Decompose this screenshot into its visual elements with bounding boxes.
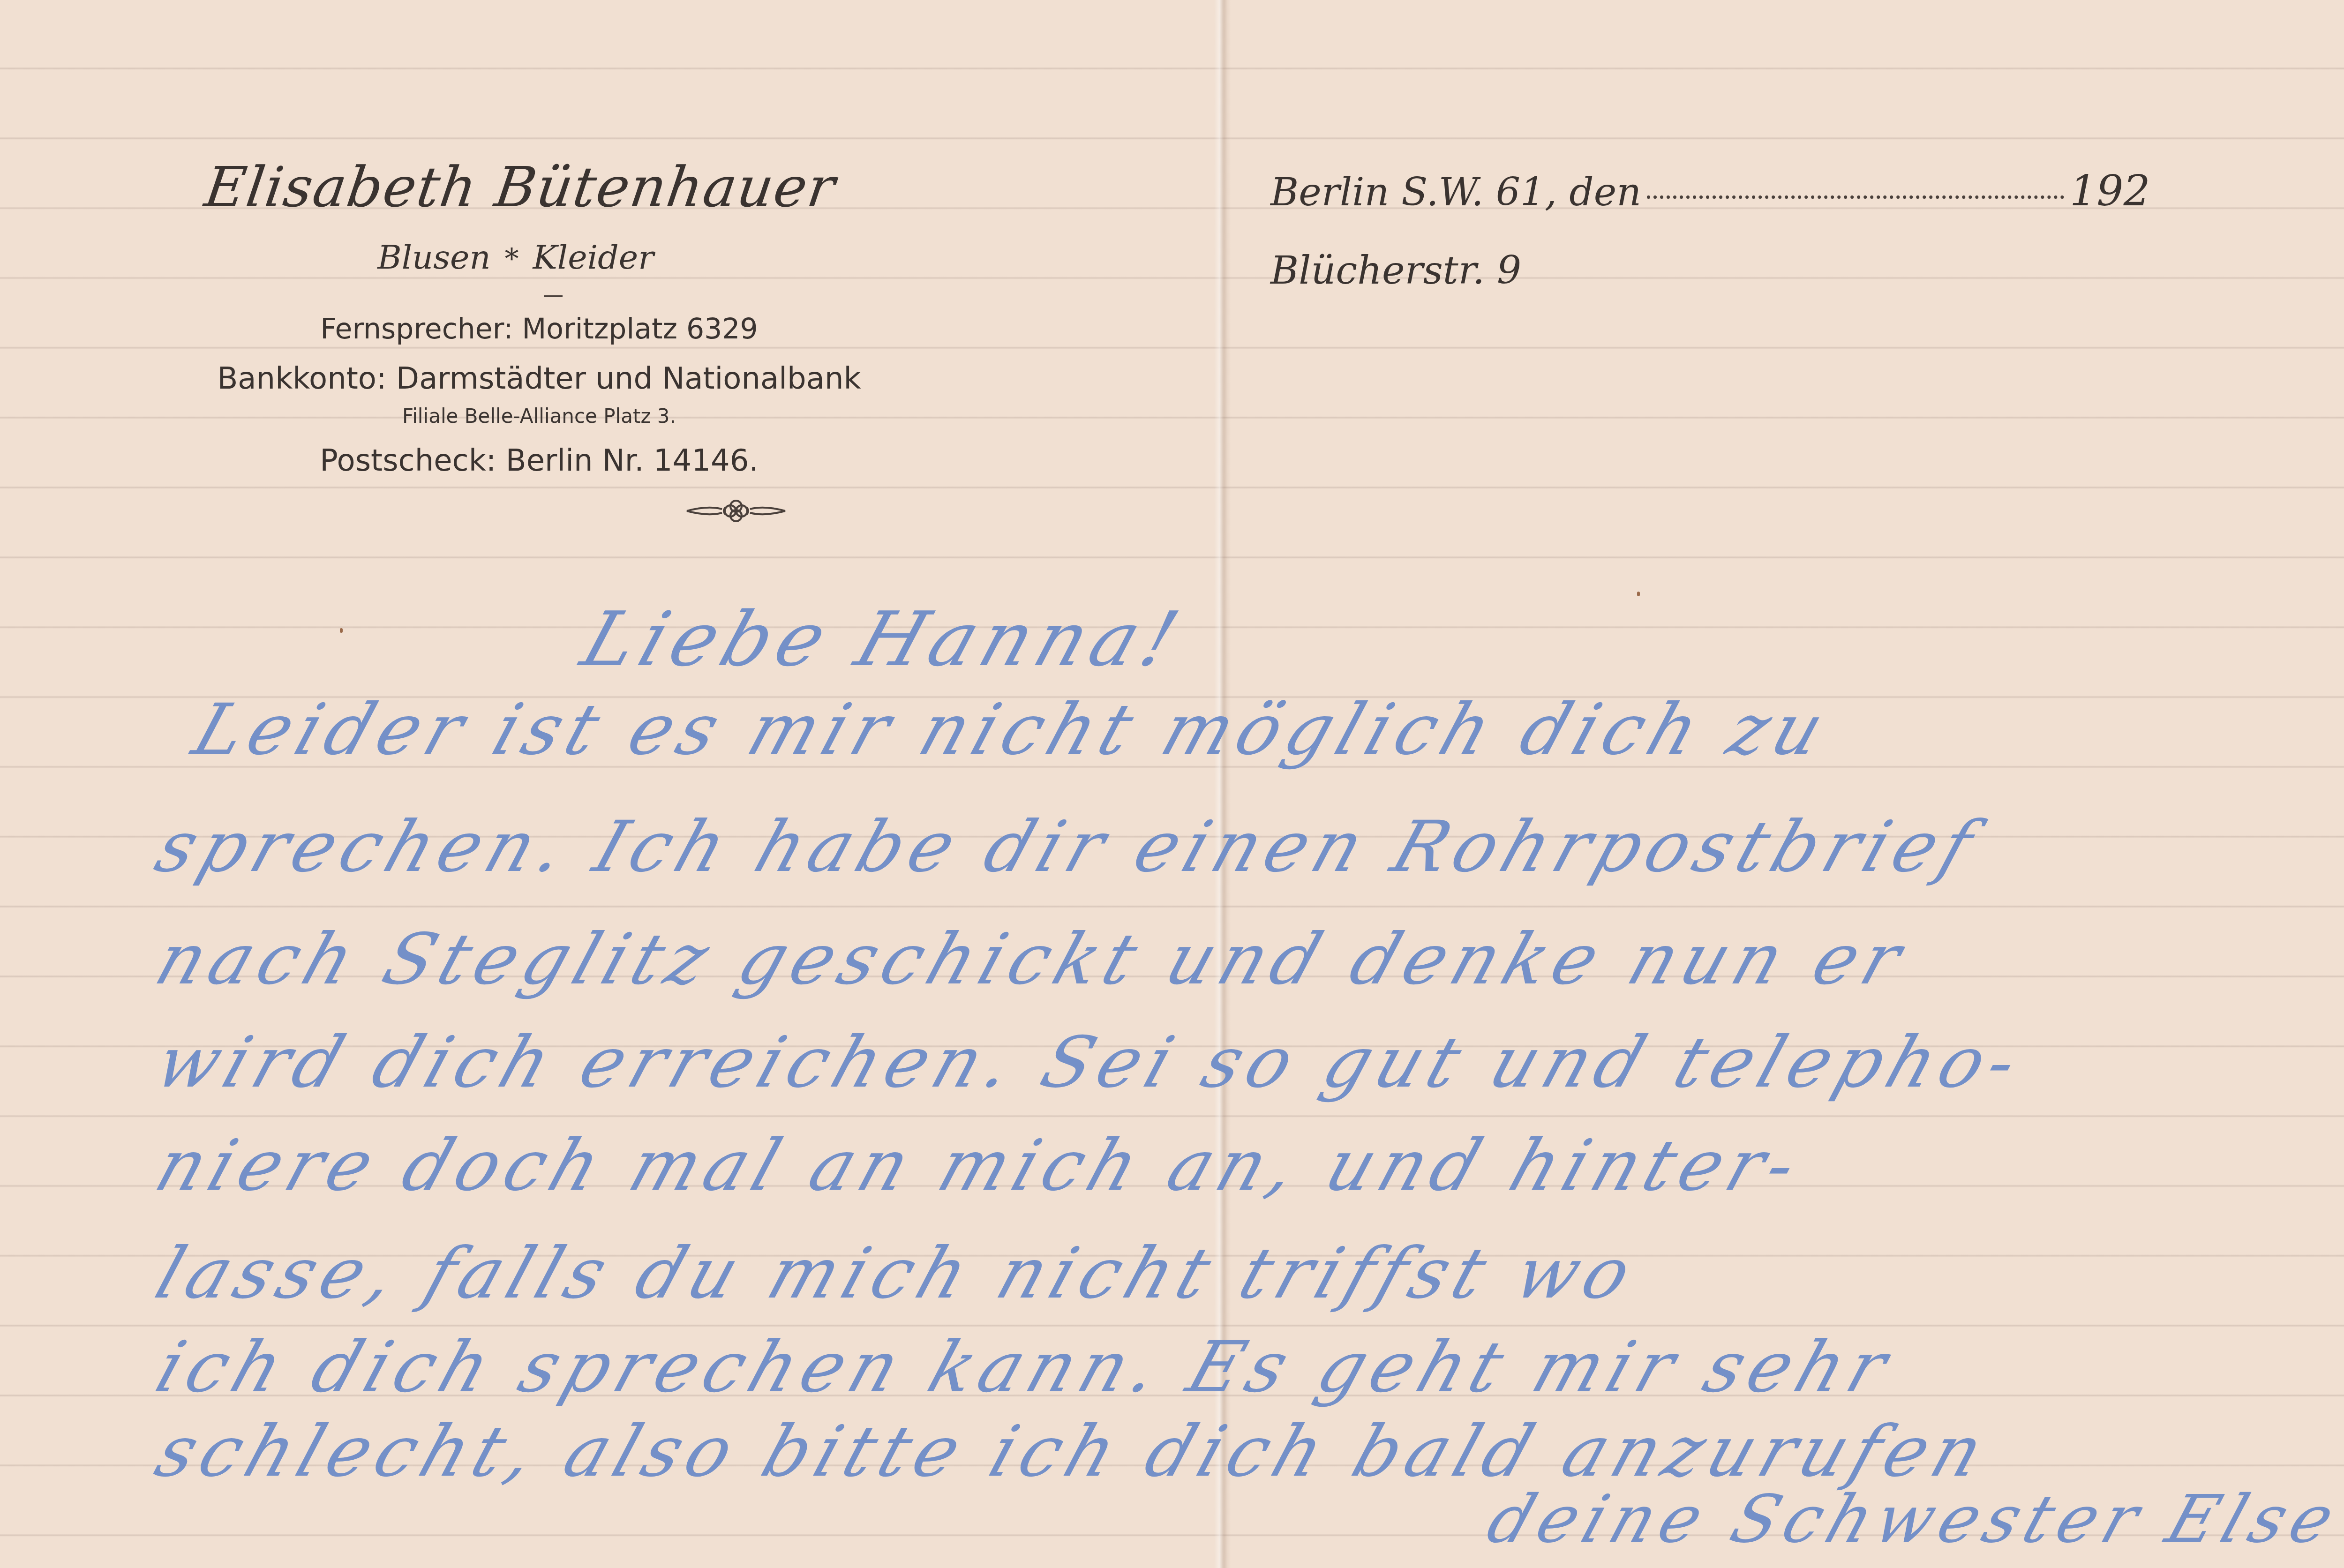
letter-line-7: ich dich sprechen kann. Es geht mir sehr xyxy=(146,1327,1903,1408)
letter-line-2: sprechen. Ich habe dir einen Rohrpostbri… xyxy=(146,806,1989,888)
closing-signature: deine Schwester Else xyxy=(1479,1481,2344,1558)
letter-line-3: nach Steglitz geschickt und denke nun er xyxy=(146,919,1917,1000)
letter-line-6: lasse, falls du mich nicht triffst wo xyxy=(146,1233,1647,1314)
salutation: Liebe Hanna! xyxy=(572,595,1195,683)
letter-line-4: wird dich erreichen. Sei so gut und tele… xyxy=(146,1022,2034,1103)
letter-line-8: schlecht, also bitte ich dich bald anzur… xyxy=(146,1411,1999,1493)
letter-line-1: Leider ist es mir nicht möglich dich zu xyxy=(184,689,1840,771)
letter-line-5: niere doch mal an mich an, und hinter- xyxy=(146,1125,1813,1207)
handwritten-letter: Liebe Hanna! Leider ist es mir nicht mög… xyxy=(0,0,2344,1568)
